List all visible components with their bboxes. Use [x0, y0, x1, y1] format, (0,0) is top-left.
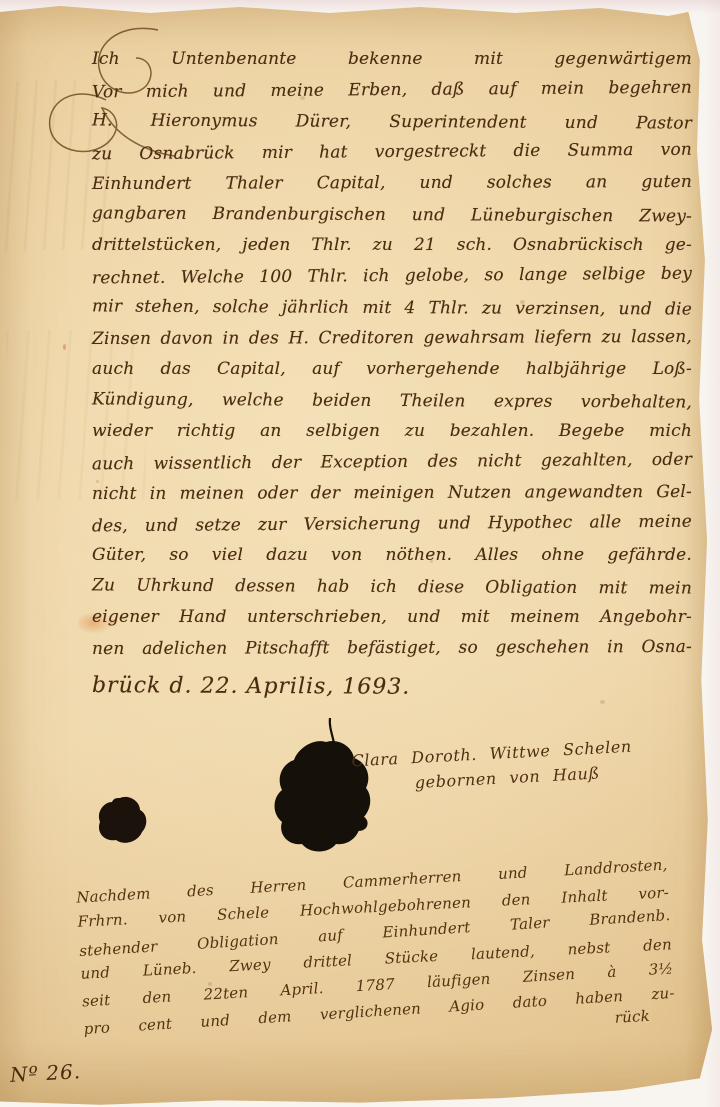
- manuscript-line: Vor mich und meine Erben, daß auf mein b…: [92, 73, 692, 109]
- manuscript-line: des, und setze zur Versicherung und Hypo…: [92, 507, 692, 543]
- manuscript-line: Zinsen davon in des H. Creditoren gewahr…: [92, 322, 692, 355]
- manuscript-line: Ich Untenbenante bekenne mit gegenwärtig…: [92, 44, 692, 75]
- obligation-body: Ich Untenbenante bekenne mit gegenwärtig…: [92, 44, 692, 706]
- manuscript-line: wieder richtig an selbigen zu bezahlen. …: [92, 416, 692, 447]
- archive-number: Nº 26.: [9, 1058, 81, 1088]
- manuscript-paper: Ich Untenbenante bekenne mit gegenwärtig…: [0, 0, 720, 1107]
- date-line: brück d. 22. Aprilis, 1693.: [92, 666, 452, 708]
- margin-ink-speck: [63, 344, 66, 350]
- manuscript-line: Kündigung, welche beiden Theilen expres …: [92, 384, 692, 418]
- manuscript-line: rechnet. Welche 100 Thlr. ich gelobe, so…: [92, 259, 692, 295]
- manuscript-line: Zu Uhrkund dessen hab ich diese Obligati…: [92, 570, 692, 604]
- manuscript-line: eigener Hand unterschrieben, und mit mei…: [92, 602, 692, 633]
- ink-blot-small: [96, 794, 148, 844]
- manuscript-line: Einhundert Thaler Capital, und solches a…: [92, 167, 692, 200]
- manuscript-line: drittelstücken, jeden Thlr. zu 21 sch. O…: [92, 230, 692, 261]
- manuscript-line: nen adelichen Pitschafft befästiget, so …: [92, 632, 692, 665]
- manuscript-line: gangbaren Brandenburgischen und Lüneburg…: [92, 198, 692, 232]
- manuscript-line: mir stehen, solche jährlich mit 4 Thlr. …: [92, 291, 692, 325]
- manuscript-line: nicht in meinen oder der meinigen Nutzen…: [92, 477, 692, 510]
- addendum-1787: Nachdem des Herren Cammerherren und Land…: [76, 852, 677, 1059]
- manuscript-line: Güter, so viel dazu von nöthen. Alles oh…: [92, 540, 692, 571]
- manuscript-line: auch wissentlich der Exception des nicht…: [92, 445, 692, 481]
- manuscript-line: auch das Capital, auf vorhergehende halb…: [92, 354, 692, 385]
- manuscript-line: zu Osnabrück mir hat vorgestreckt die Su…: [92, 135, 692, 171]
